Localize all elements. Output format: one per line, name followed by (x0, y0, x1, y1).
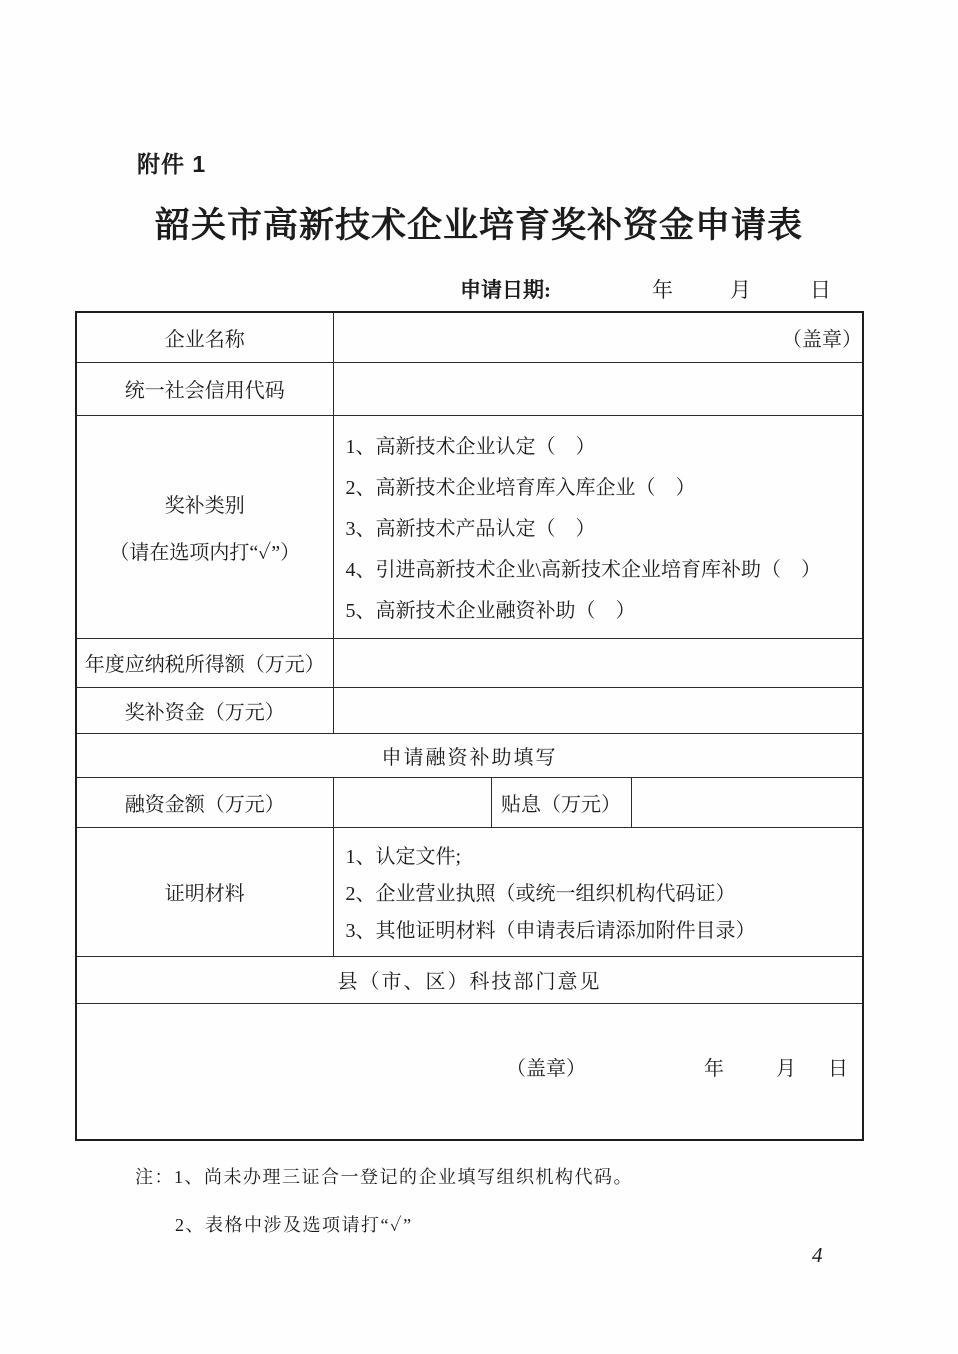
subsidy-category-label-line1: 奖补类别 (77, 489, 333, 518)
table-row: 县（市、区）科技部门意见 (76, 956, 863, 1003)
table-row: 融资金额（万元） 贴息（万元） (76, 777, 863, 827)
table-row: 奖补类别 （请在选项内打“✓”） 1、高新技术企业认定（ ） 2、高新技术企业培… (76, 415, 863, 638)
table-row: 证明材料 1、认定文件; 2、企业营业执照（或统一组织机构代码证） 3、其他证明… (76, 827, 863, 956)
subsidy-option-3: 3、高新技术产品认定（ ） (346, 512, 857, 541)
opinion-month-label: 月 (776, 1052, 796, 1081)
document-page: 附件 1 韶关市高新技术企业培育奖补资金申请表 申请日期: 年 月 日 企业名称… (0, 0, 958, 1354)
date-day-label: 日 (810, 274, 831, 304)
credit-code-label: 统一社会信用代码 (76, 362, 333, 415)
subsidy-amount-label: 奖补资金（万元） (76, 687, 333, 733)
opinion-seal-hint: （盖章） (506, 1052, 586, 1081)
opinion-footer: （盖章） 年 月 日 (77, 1052, 862, 1091)
subsidy-category-label-line2: （请在选项内打“✓”） (77, 536, 333, 565)
subsidy-option-5: 5、高新技术企业融资补助（ ） (346, 594, 857, 623)
opinion-year-label: 年 (704, 1052, 724, 1081)
attachment-label: 附件 1 (137, 146, 206, 179)
table-row: 年度应纳税所得额（万元） (76, 638, 863, 687)
financing-amount-input-cell (333, 777, 491, 827)
credit-code-input-cell (333, 362, 863, 415)
county-opinion-space-cell: （盖章） 年 月 日 (76, 1003, 863, 1140)
proof-materials-list-cell: 1、认定文件; 2、企业营业执照（或统一组织机构代码证） 3、其他证明材料（申请… (333, 827, 863, 956)
annual-taxable-income-label: 年度应纳税所得额（万元） (76, 638, 333, 687)
financing-amount-label: 融资金额（万元） (76, 777, 333, 827)
proof-materials-label: 证明材料 (76, 827, 333, 956)
financing-section-header: 申请融资补助填写 (76, 733, 863, 777)
table-row: 奖补资金（万元） (76, 687, 863, 733)
application-date-line: 申请日期: 年 月 日 (0, 274, 958, 304)
date-month-label: 月 (730, 274, 751, 304)
interest-subsidy-input-cell (631, 777, 863, 827)
table-row: 申请融资补助填写 (76, 733, 863, 777)
page-title: 韶关市高新技术企业培育奖补资金申请表 (0, 198, 958, 248)
opinion-day-label: 日 (828, 1052, 848, 1081)
date-year-label: 年 (652, 274, 673, 304)
subsidy-option-2: 2、高新技术企业培育库入库企业（ ） (346, 471, 857, 500)
proof-material-1: 1、认定文件; (346, 840, 857, 869)
footnote-2: 2、表格中涉及选项请打“✓” (175, 1211, 413, 1237)
subsidy-amount-input-cell (333, 687, 863, 733)
table-row: 企业名称 （盖章） (76, 312, 863, 362)
table-row: （盖章） 年 月 日 (76, 1003, 863, 1140)
proof-material-3: 3、其他证明材料（申请表后请添加附件目录） (346, 914, 857, 943)
proof-material-2: 2、企业营业执照（或统一组织机构代码证） (346, 877, 857, 906)
county-opinion-header: 县（市、区）科技部门意见 (76, 956, 863, 1003)
company-name-input-cell: （盖章） (333, 312, 863, 362)
annual-taxable-income-input-cell (333, 638, 863, 687)
subsidy-category-options-cell: 1、高新技术企业认定（ ） 2、高新技术企业培育库入库企业（ ） 3、高新技术产… (333, 415, 863, 638)
application-date-label: 申请日期: (460, 274, 551, 304)
subsidy-option-4: 4、引进高新技术企业\高新技术企业培育库补助（ ） (346, 553, 857, 582)
interest-subsidy-label: 贴息（万元） (491, 777, 631, 827)
application-form-table: 企业名称 （盖章） 统一社会信用代码 奖补类别 （请在选项内打“✓”） 1、高新… (75, 311, 864, 1141)
table-row: 统一社会信用代码 (76, 362, 863, 415)
footnote-1: 注：1、尚未办理三证合一登记的企业填写组织机构代码。 (135, 1163, 633, 1189)
seal-hint: （盖章） (782, 329, 862, 351)
page-number: 4 (812, 1243, 823, 1268)
subsidy-option-1: 1、高新技术企业认定（ ） (346, 430, 857, 459)
company-name-label: 企业名称 (76, 312, 333, 362)
subsidy-category-label: 奖补类别 （请在选项内打“✓”） (76, 415, 333, 638)
